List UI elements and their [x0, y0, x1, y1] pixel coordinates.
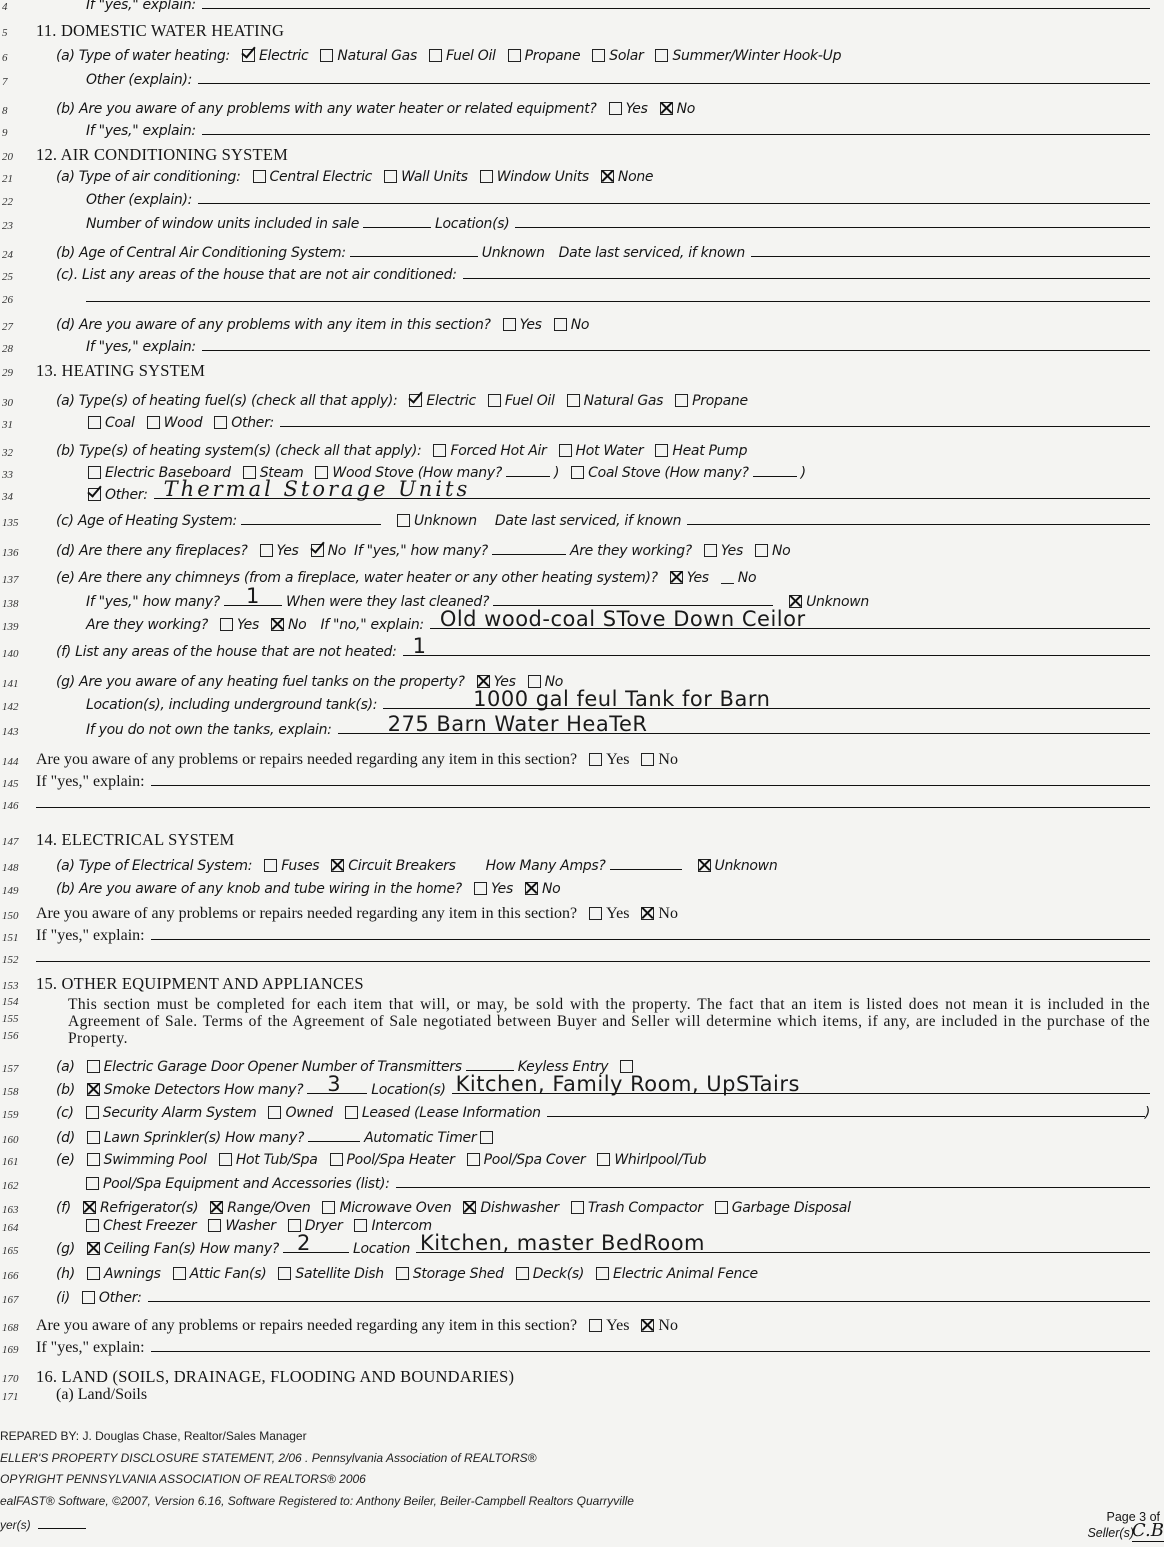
option-label: Electric: [426, 390, 475, 412]
checkbox-fuses[interactable]: [264, 859, 277, 872]
checkbox-no[interactable]: [641, 753, 654, 766]
checkbox-automatic-timer[interactable]: [480, 1131, 493, 1144]
checkbox-hot-water[interactable]: [559, 444, 572, 457]
checkbox-no[interactable]: [755, 544, 768, 557]
form-line: 7 Other (explain):: [0, 69, 1164, 91]
explain-field[interactable]: [151, 925, 1150, 940]
checkbox-satellite-dish[interactable]: [278, 1267, 291, 1280]
other-explain-field[interactable]: [198, 189, 1150, 204]
form-line: 150 Are you aware of any problems or rep…: [0, 903, 1164, 925]
option-label: Swimming Pool: [104, 1149, 207, 1171]
ac-age-field[interactable]: [350, 242, 478, 257]
window-units-field[interactable]: [363, 213, 431, 228]
form-line: 148 (a) Type of Electrical System: Fuses…: [0, 855, 1164, 877]
option-label: Awnings: [104, 1263, 161, 1285]
checkbox-electric-baseboard[interactable]: [88, 466, 101, 479]
form-line: 28 If "yes," explain:: [0, 336, 1164, 358]
checkbox-coal-stove[interactable]: [571, 466, 584, 479]
not-heated-field[interactable]: 1: [403, 641, 1150, 656]
checkbox-electric[interactable]: [409, 394, 422, 407]
software-info: ealFAST® Software, ©2007, Version 6.16, …: [0, 1494, 634, 1508]
option-label: Hot Water: [576, 440, 644, 462]
form-line: 136 (d) Are there any fireplaces? Yes No…: [0, 540, 1164, 562]
ceiling-fan-count-field[interactable]: 2: [283, 1238, 349, 1253]
chimney-explain-field[interactable]: Old wood-coal STove Down Ceilor: [430, 614, 1150, 629]
option-label: Chest Freezer: [103, 1215, 196, 1237]
checkbox-no[interactable]: [721, 571, 734, 584]
form-line: 4 If "yes," explain:: [0, 0, 1164, 16]
form-line: 21 (a) Type of air conditioning:Central …: [0, 166, 1164, 188]
section-heading: 153 15. OTHER EQUIPMENT AND APPLIANCES: [0, 973, 1164, 995]
checkbox-smoke-detectors[interactable]: [87, 1083, 100, 1096]
explain-field[interactable]: [151, 771, 1150, 786]
checkbox-no[interactable]: [641, 907, 654, 920]
seller-initials-label: Seller(s): [1087, 1526, 1134, 1540]
form-line: 32 (b) Type(s) of heating system(s) (che…: [0, 440, 1164, 462]
form-line: 27 (d) Are you aware of any problems wit…: [0, 314, 1164, 336]
checkbox-yes[interactable]: [503, 318, 516, 331]
checkbox-solar[interactable]: [592, 49, 605, 62]
checkbox-none[interactable]: [601, 170, 614, 183]
checkbox-swimming-pool[interactable]: [87, 1153, 100, 1166]
checkbox-yes[interactable]: [474, 882, 487, 895]
option-label: Fuel Oil: [446, 45, 496, 67]
option-label: Fuel Oil: [505, 390, 555, 412]
pool-equipment-field[interactable]: [396, 1173, 1150, 1188]
form-line: 168 Are you aware of any problems or rep…: [0, 1315, 1164, 1337]
chimney-count-field[interactable]: 1: [224, 591, 282, 606]
checkbox-heat-pump[interactable]: [655, 444, 668, 457]
explain-field-2[interactable]: [36, 947, 1150, 962]
option-label: Other:: [231, 412, 274, 434]
checkbox-propane[interactable]: [508, 49, 521, 62]
checkbox-intercom[interactable]: [354, 1219, 367, 1232]
form-line: 161 (e)Swimming PoolHot Tub/SpaPool/Spa …: [0, 1149, 1164, 1171]
smoke-count-field[interactable]: 3: [307, 1079, 367, 1094]
checkbox-no[interactable]: [311, 544, 324, 557]
checkbox-central-electric[interactable]: [253, 170, 266, 183]
checkbox-no[interactable]: [554, 318, 567, 331]
checkbox-propane[interactable]: [675, 394, 688, 407]
not-air-conditioned-field-2[interactable]: [86, 287, 1150, 302]
option-label: Hot Tub/Spa: [236, 1149, 318, 1171]
form-line: 159 (c) Security Alarm System Owned Leas…: [0, 1102, 1164, 1124]
checkbox-dishwasher[interactable]: [463, 1201, 476, 1214]
tanks-not-owned-field[interactable]: 275 Barn Water HeaTeR: [338, 719, 1150, 734]
checkbox-forced-hot-air[interactable]: [433, 444, 446, 457]
form-line: 167 (i) Other:: [0, 1287, 1164, 1309]
lease-info-field[interactable]: [547, 1102, 1145, 1117]
checkbox-garbage-disposal[interactable]: [715, 1201, 728, 1214]
checkbox-garage-door-opener[interactable]: [87, 1060, 100, 1073]
checkbox-natural-gas[interactable]: [320, 49, 333, 62]
other-heating-field[interactable]: Thermal Storage Units: [154, 484, 1150, 499]
last-cleaned-field[interactable]: [493, 591, 773, 606]
checkbox-fuel-oil[interactable]: [429, 49, 442, 62]
form-line: 30 (a) Type(s) of heating fuel(s) (check…: [0, 390, 1164, 412]
form-line: 160 (d) Lawn Sprinkler(s) How many? Auto…: [0, 1127, 1164, 1149]
form-line: 137 (e) Are there any chimneys (from a f…: [0, 567, 1164, 589]
checkbox-lawn-sprinkler[interactable]: [87, 1131, 100, 1144]
transmitters-field[interactable]: [466, 1056, 514, 1071]
checkbox-leased[interactable]: [345, 1106, 358, 1119]
checkbox-trash-compactor[interactable]: [571, 1201, 584, 1214]
checkbox-summer-winter-hook-up[interactable]: [655, 49, 668, 62]
form-line: 152: [0, 947, 1164, 969]
option-label: Satellite Dish: [295, 1263, 383, 1285]
statement-title: ELLER'S PROPERTY DISCLOSURE STATEMENT, 2…: [0, 1451, 536, 1465]
option-label: Propane: [692, 390, 748, 412]
section-heading: 147 14. ELECTRICAL SYSTEM: [0, 829, 1164, 851]
section-14-title: 14. ELECTRICAL SYSTEM: [36, 829, 234, 851]
wood-stove-count[interactable]: [506, 462, 550, 477]
checkbox-pool-spa-cover[interactable]: [467, 1153, 480, 1166]
form-line: 169 If "yes," explain:: [0, 1337, 1164, 1359]
checkbox-yes[interactable]: [670, 571, 683, 584]
checkbox-window-units[interactable]: [480, 170, 493, 183]
form-line: 25 (c). List any areas of the house that…: [0, 264, 1164, 286]
form-line: 139 Are they working? Yes No If "no," ex…: [0, 614, 1164, 636]
checkbox-other[interactable]: [214, 416, 227, 429]
checkbox-fuel-oil[interactable]: [488, 394, 501, 407]
amps-field[interactable]: [610, 855, 682, 870]
checkbox-electric[interactable]: [242, 49, 255, 62]
checkbox-microwave-oven[interactable]: [322, 1201, 335, 1214]
checkbox-yes[interactable]: [260, 544, 273, 557]
checkbox-no[interactable]: [641, 1319, 654, 1332]
option-label: Window Units: [497, 166, 589, 188]
explain-field[interactable]: [151, 1337, 1150, 1352]
checkbox-no[interactable]: [525, 882, 538, 895]
explain-field[interactable]: [202, 120, 1150, 135]
option-label: Electric: [259, 45, 308, 67]
form-line: 34 Other: Thermal Storage Units: [0, 484, 1164, 506]
checkbox-pool-spa-heater[interactable]: [330, 1153, 343, 1166]
checkbox-deck-s[interactable]: [516, 1267, 529, 1280]
checkbox-yes[interactable]: [589, 907, 602, 920]
form-line: 149 (b) Are you aware of any knob and tu…: [0, 878, 1164, 900]
option-label: Heat Pump: [672, 440, 747, 462]
locations-field[interactable]: [515, 213, 1150, 228]
checkbox-yes[interactable]: [609, 102, 622, 115]
checkbox-yes[interactable]: [220, 618, 233, 631]
form-line: 23 Number of window units included in sa…: [0, 213, 1164, 235]
section-heading: 5 11. DOMESTIC WATER HEATING: [0, 20, 1164, 42]
checkbox-other[interactable]: [88, 488, 101, 501]
heating-age-field[interactable]: [241, 510, 381, 525]
checkbox-storage-shed[interactable]: [396, 1267, 409, 1280]
checkbox-security-alarm[interactable]: [86, 1106, 99, 1119]
form-line: 6 (a) Type of water heating:ElectricNatu…: [0, 45, 1164, 67]
checkbox-range-oven[interactable]: [210, 1201, 223, 1214]
option-label: Whirlpool/Tub: [614, 1149, 706, 1171]
option-label: Storage Shed: [413, 1263, 504, 1285]
buyer-initials: yer(s): [0, 1518, 90, 1532]
form-line: 146: [0, 793, 1164, 815]
form-line: 8 (b) Are you aware of any problems with…: [0, 98, 1164, 120]
not-air-conditioned-field[interactable]: [463, 264, 1150, 279]
form-line: 151 If "yes," explain:: [0, 925, 1164, 947]
form-line: 165 (g) Ceiling Fan(s) How many?2 Locati…: [0, 1238, 1164, 1260]
checkbox-electric-animal-fence[interactable]: [596, 1267, 609, 1280]
checkbox-wood[interactable]: [147, 416, 160, 429]
option-label: Wall Units: [401, 166, 468, 188]
checkbox-natural-gas[interactable]: [567, 394, 580, 407]
checkbox-no[interactable]: [271, 618, 284, 631]
form-line: 135 (c) Age of Heating System: UnknownDa…: [0, 510, 1164, 532]
checkbox-awnings[interactable]: [87, 1267, 100, 1280]
checkbox-unknown[interactable]: [698, 859, 711, 872]
option-label: Attic Fan(s): [190, 1263, 267, 1285]
section-12-title: 12. AIR CONDITIONING SYSTEM: [36, 144, 288, 166]
checkbox-attic-fan-s[interactable]: [173, 1267, 186, 1280]
option-label: Natural Gas: [337, 45, 417, 67]
date-serviced-field[interactable]: [687, 510, 1150, 525]
checkbox-washer[interactable]: [208, 1219, 221, 1232]
checkbox-other[interactable]: [82, 1291, 95, 1304]
section-15-intro: This section must be completed for each …: [68, 996, 1150, 1047]
option-label: Coal: [105, 412, 135, 434]
option-label: Pool/Spa Cover: [484, 1149, 586, 1171]
other-explain-field[interactable]: [198, 69, 1150, 84]
checkbox-refrigerator-s[interactable]: [83, 1201, 96, 1214]
option-label: Central Electric: [270, 166, 373, 188]
option-label: Pool/Spa Heater: [347, 1149, 455, 1171]
option-label: Washer: [225, 1215, 275, 1237]
section-13-title: 13. HEATING SYSTEM: [36, 360, 205, 382]
fireplace-count-field[interactable]: [492, 540, 566, 555]
checkbox-coal[interactable]: [88, 416, 101, 429]
option-label: Natural Gas: [584, 390, 664, 412]
checkbox-wall-units[interactable]: [384, 170, 397, 183]
sprinkler-count-field[interactable]: [308, 1127, 360, 1142]
checkbox-ceiling-fans[interactable]: [87, 1242, 100, 1255]
checkbox-whirlpool-tub[interactable]: [597, 1153, 610, 1166]
form-line: 166 (h)AwningsAttic Fan(s)Satellite Dish…: [0, 1263, 1164, 1285]
smoke-locations-field[interactable]: Kitchen, Family Room, UpSTairs: [452, 1079, 1150, 1094]
form-line: 158 (b) Smoke Detectors How many?3 Locat…: [0, 1079, 1164, 1101]
option-label: Electric Animal Fence: [613, 1263, 758, 1285]
form-line: 140 (f) List any areas of the house that…: [0, 641, 1164, 663]
option-label: Summer/Winter Hook-Up: [672, 45, 841, 67]
option-label: None: [618, 166, 653, 188]
checkbox-circuit-breakers[interactable]: [331, 859, 344, 872]
checkbox-pool-equipment[interactable]: [86, 1177, 99, 1190]
form-line: 22 Other (explain):: [0, 189, 1164, 211]
form-line: 24 (b) Age of Central Air Conditioning S…: [0, 242, 1164, 264]
checkbox-unknown[interactable]: [397, 514, 410, 527]
checkbox-yes[interactable]: [589, 1319, 602, 1332]
form-line: 143 If you do not own the tanks, explain…: [0, 719, 1164, 741]
form-line: 26: [0, 287, 1164, 309]
form-line: 145 If "yes," explain:: [0, 771, 1164, 793]
disclosure-page: 4 If "yes," explain: 5 11. DOMESTIC WATE…: [0, 0, 1164, 1547]
tank-locations-field[interactable]: 1000 gal feul Tank for Barn: [383, 694, 1150, 709]
explain-field[interactable]: [202, 0, 1150, 9]
seller-initials: C.B: [1132, 1520, 1164, 1542]
option-label: Deck(s): [533, 1263, 584, 1285]
ceiling-fan-location-field[interactable]: Kitchen, master BedRoom: [416, 1238, 1150, 1253]
checkbox-yes[interactable]: [589, 753, 602, 766]
form-line: 9 If "yes," explain:: [0, 120, 1164, 142]
form-line: 31 CoalWoodOther:: [0, 412, 1164, 434]
option-label: Wood: [164, 412, 203, 434]
checkbox-chest-freezer[interactable]: [86, 1219, 99, 1232]
date-serviced-field[interactable]: [751, 242, 1150, 257]
option-label: Solar: [609, 45, 643, 67]
coal-stove-count[interactable]: [753, 462, 797, 477]
section-heading: 29 13. HEATING SYSTEM: [0, 360, 1164, 382]
checkbox-yes[interactable]: [704, 544, 717, 557]
checkbox-no[interactable]: [660, 102, 673, 115]
buyer-initials-field[interactable]: [38, 1518, 86, 1529]
other-fuel-field[interactable]: [280, 412, 1150, 427]
checkbox-owned[interactable]: [268, 1106, 281, 1119]
explain-field-2[interactable]: [36, 793, 1150, 808]
copyright: OPYRIGHT PENNSYLVANIA ASSOCIATION OF REA…: [0, 1472, 366, 1486]
section-heading: 20 12. AIR CONDITIONING SYSTEM: [0, 144, 1164, 166]
prepared-by: REPARED BY: J. Douglas Chase, Realtor/Sa…: [0, 1429, 307, 1443]
option-label: Propane: [525, 45, 581, 67]
explain-field[interactable]: [202, 336, 1150, 351]
form-line: 144 Are you aware of any problems or rep…: [0, 749, 1164, 771]
form-line: 171 (a) Land/Soils: [0, 1384, 1164, 1406]
section-15-title: 15. OTHER EQUIPMENT AND APPLIANCES: [36, 973, 364, 995]
form-line: 162 Pool/Spa Equipment and Accessories (…: [0, 1173, 1164, 1195]
checkbox-hot-tub-spa[interactable]: [219, 1153, 232, 1166]
other-equipment-field[interactable]: [148, 1287, 1150, 1302]
section-11-title: 11. DOMESTIC WATER HEATING: [36, 20, 284, 42]
option-label: Forced Hot Air: [450, 440, 546, 462]
